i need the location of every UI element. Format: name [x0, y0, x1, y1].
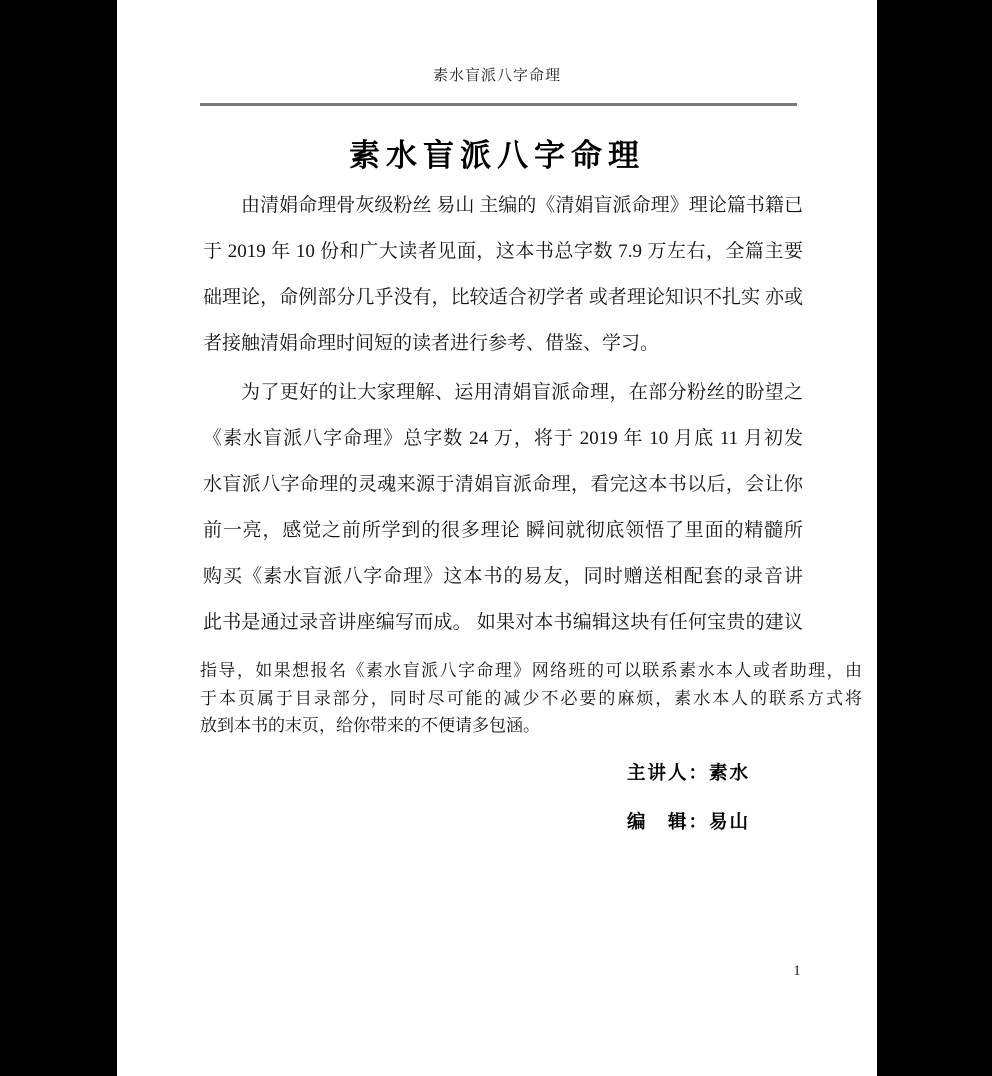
byline-editor: 编 辑：易山 — [203, 808, 750, 834]
page-number: 1 — [773, 963, 821, 980]
text-line: 购买《素水盲派八字命理》这本书的易友，同时赠送相配套的录音讲座， — [203, 554, 803, 600]
text-line: 于本页属于目录部分，同时尽可能的减少不必要的麻烦，素水本人的联系方式将 — [200, 685, 862, 713]
text-line: 者接触清娟命理时间短的读者进行参考、借鉴、学习。 — [203, 321, 803, 367]
paragraph-intro: 由清娟命理骨灰级粉丝 易山 主编的《清娟盲派命理》理论篇书籍已经于 2019 年… — [203, 183, 803, 367]
document-title: 素水盲派八字命理 — [117, 130, 877, 175]
text-line: 础理论，命例部分几乎没有，比较适合初学者 或者理论知识不扎实 亦或 — [203, 275, 803, 321]
text-line: 《素水盲派八字命理》总字数 24 万，将于 2019 年 10 月底 11 月初… — [203, 416, 803, 462]
header-rule — [200, 103, 797, 106]
running-header: 素水盲派八字命理 — [117, 64, 877, 85]
text-line: 水盲派八字命理的灵魂来源于清娟盲派命理，看完这本书以后，会让你眼 — [203, 462, 803, 508]
text-line: 为了更好的让大家理解、运用清娟盲派命理，在部分粉丝的盼望之中， — [203, 370, 803, 416]
text-line: 指导，如果想报名《素水盲派八字命理》网络班的可以联系素水本人或者助理，由 — [200, 657, 862, 685]
byline-speaker: 主讲人：素水 — [203, 759, 750, 785]
text-line: 此书是通过录音讲座编写而成。 如果对本书编辑这块有任何宝贵的建议和 — [203, 600, 803, 646]
text-line: 于 2019 年 10 份和广大读者见面，这本书总字数 7.9 万左右，全篇主要… — [203, 229, 803, 275]
paragraph-contact: 指导，如果想报名《素水盲派八字命理》网络班的可以联系素水本人或者助理，由于本页属… — [200, 657, 862, 740]
viewer-background: { "document": { "header": { "title": "素水… — [0, 0, 992, 1076]
text-line: 由清娟命理骨灰级粉丝 易山 主编的《清娟盲派命理》理论篇书籍已经 — [203, 183, 803, 229]
text-line: 放到本书的末页，给你带来的不便请多包涵。 — [200, 712, 862, 740]
paragraph-announcement: 为了更好的让大家理解、运用清娟盲派命理，在部分粉丝的盼望之中，《素水盲派八字命理… — [203, 370, 803, 646]
text-line: 前一亮，感觉之前所学到的很多理论 瞬间就彻底领悟了里面的精髓所在； — [203, 508, 803, 554]
document-page: 素水盲派八字命理 素水盲派八字命理 由清娟命理骨灰级粉丝 易山 主编的《清娟盲派… — [117, 0, 877, 1076]
